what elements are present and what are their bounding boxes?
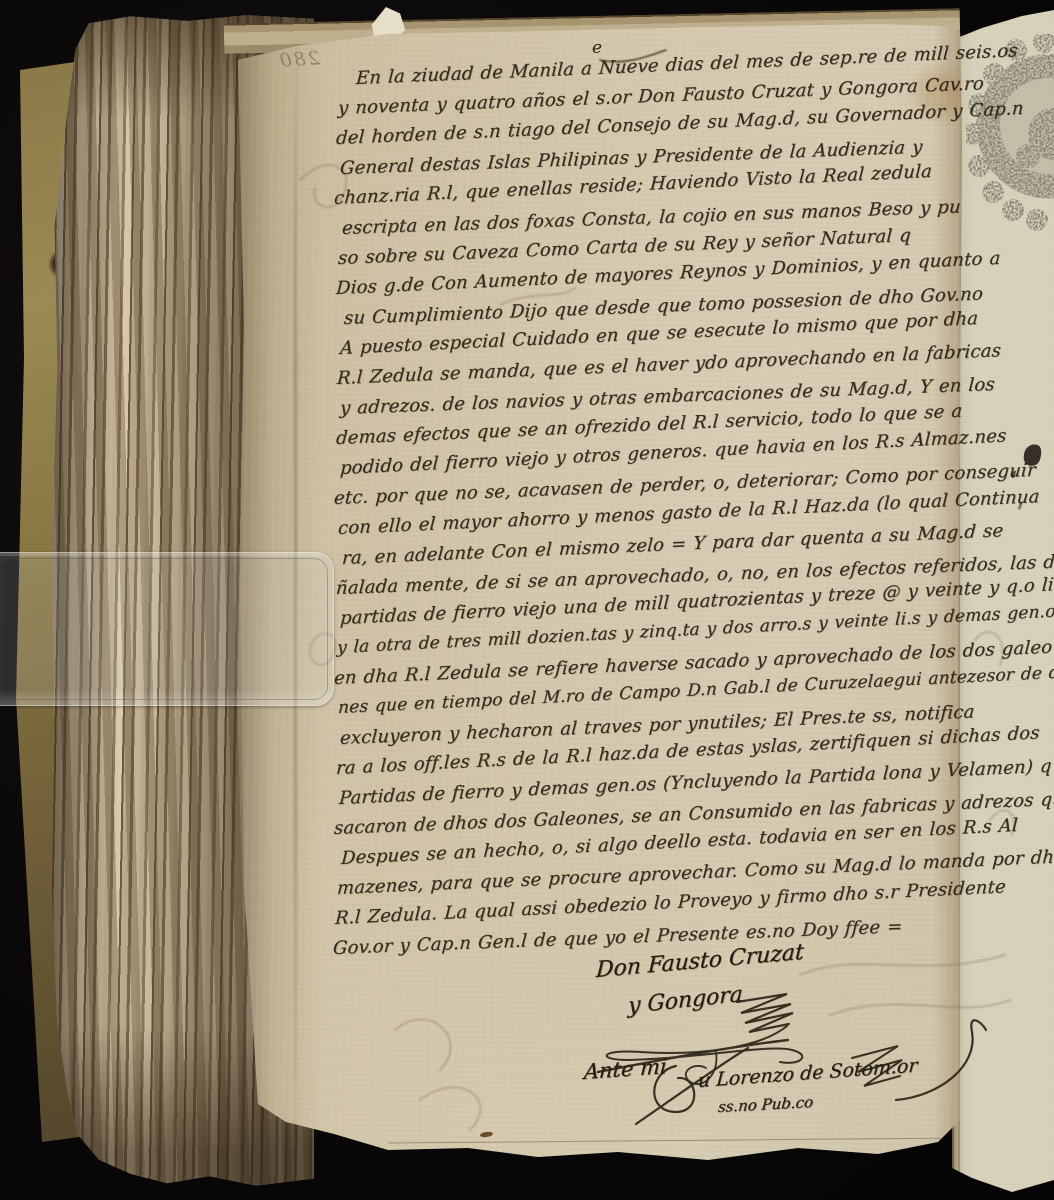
- plastic-page-weight-strip[interactable]: [0, 552, 334, 706]
- superscript-abbreviation-mark: e: [592, 38, 602, 58]
- inked-seal-stamp: [966, 34, 1054, 246]
- ante-mi-attestation: Ante mi: [583, 1056, 667, 1083]
- manuscript-photograph: 280 e En la ziudad de Manila a Nueve dia…: [0, 0, 1054, 1200]
- plastic-strip-bevel: [0, 558, 328, 700]
